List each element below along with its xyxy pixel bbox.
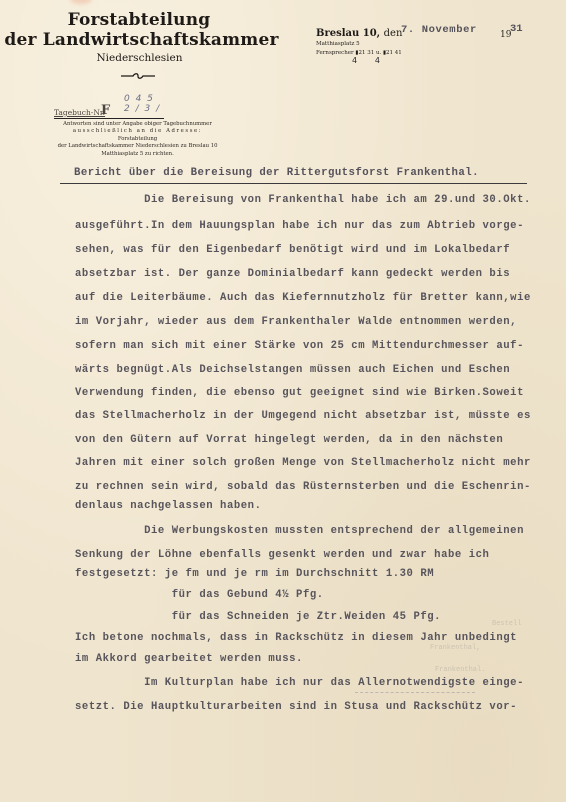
street-address: Matthiasplatz 5 [316, 41, 402, 48]
date-year: 31 [510, 23, 523, 35]
body-line: sehen, was für den Eigenbedarf benötigt … [75, 244, 510, 256]
body-line: im Akkord gearbeitet werden muss. [75, 653, 303, 665]
body-line: Im Kulturplan habe ich nur das Allernotw… [75, 677, 524, 689]
body-line: Ich betone nochmals, dass in Rackschütz … [75, 632, 517, 644]
body-line: Jahren mit einer solch großen Menge von … [75, 457, 531, 469]
reply-note-line3: Forstabteilung [0, 136, 279, 143]
body-line: für das Gebund 4½ Pfg. [75, 589, 324, 601]
body-line: Die Werbungskosten mussten entsprechend … [75, 525, 524, 537]
ornament-divider-icon [120, 73, 156, 79]
body-line: das Stellmacherholz in der Umgegend nich… [75, 410, 531, 422]
report-heading: Bericht über die Bereisung der Rittergut… [74, 167, 479, 179]
bleed-through-text: Frankenthal, [430, 644, 480, 652]
diary-number-letter: F [101, 103, 110, 118]
reply-instructions: Antworten sind unter Angabe obiger Tageb… [0, 121, 279, 158]
date-day-month: 7. November [401, 24, 477, 36]
reply-note-line1: Antworten sind unter Angabe obiger Tageb… [0, 121, 279, 128]
body-line: Verwendung finden, die ebenso gut geeign… [75, 387, 524, 399]
body-line: absetzbar ist. Der ganze Dominialbedarf … [75, 268, 510, 280]
bleed-through-text: Bestell [492, 620, 521, 628]
city-den: den [384, 28, 403, 39]
body-line: denlaus nachgelassen haben. [75, 500, 262, 512]
heading-underline [60, 183, 527, 184]
phone-handwritten-annotation: 4 4 [352, 56, 380, 65]
body-line: für das Schneiden je Ztr.Weiden 45 Pfg. [75, 611, 441, 623]
body-line: Senkung der Löhne ebenfalls gesenkt werd… [75, 549, 489, 561]
body-line: setzt. Die Hauptkulturarbeiten sind in S… [75, 701, 517, 713]
letterhead-title-line2: der Landwirtschaftskammer [0, 30, 283, 50]
diary-number-label: Tagebuch-Nr. [54, 108, 105, 117]
body-line: im Vorjahr, wieder aus dem Frankenthaler… [75, 316, 517, 328]
letterhead-title-line1: Forstabteilung [0, 10, 283, 30]
body-line: wärts begnügt.Als Deichselstangen müssen… [75, 364, 510, 376]
body-line: sofern man sich mit einer Stärke von 25 … [75, 340, 524, 352]
body-line: zu rechnen sein wird, sobald das Rüstern… [75, 481, 531, 493]
diary-number-field: Tagebuch-Nr. F 0 4 5 2 / 3 / [54, 100, 164, 119]
reply-note-line5: Matthiasplatz 5 zu richten. [0, 151, 279, 158]
body-line: festgesetzt: je fm und je rm im Durchsch… [75, 568, 434, 580]
body-line: auf die Leiterbäume. Auch das Kiefernnut… [75, 292, 531, 304]
faint-dashed-mark [355, 692, 475, 693]
diary-number-handwritten: 0 4 5 2 / 3 / [124, 94, 164, 114]
reply-note-line4: der Landwirtschaftskammer Niederschlesie… [0, 143, 279, 150]
body-line: Die Bereisung von Frankenthal habe ich a… [75, 194, 531, 206]
letterhead-right: Breslau 10, den Matthiasplatz 5 Fernspre… [316, 28, 402, 57]
city-name: Breslau 10, [316, 28, 380, 39]
reply-note-line2: ausschließlich an die Adresse: [0, 128, 279, 135]
body-line: von den Gütern auf Vorrat hingelegt werd… [75, 434, 503, 446]
bleed-through-text: Frankenthal. [435, 666, 485, 674]
letterhead-left: Forstabteilung der Landwirtschaftskammer… [0, 10, 283, 84]
body-line: ausgeführt.In dem Hauungsplan habe ich n… [75, 220, 524, 232]
city-line: Breslau 10, den [316, 28, 402, 39]
letterhead-region: Niederschlesien [0, 51, 283, 66]
